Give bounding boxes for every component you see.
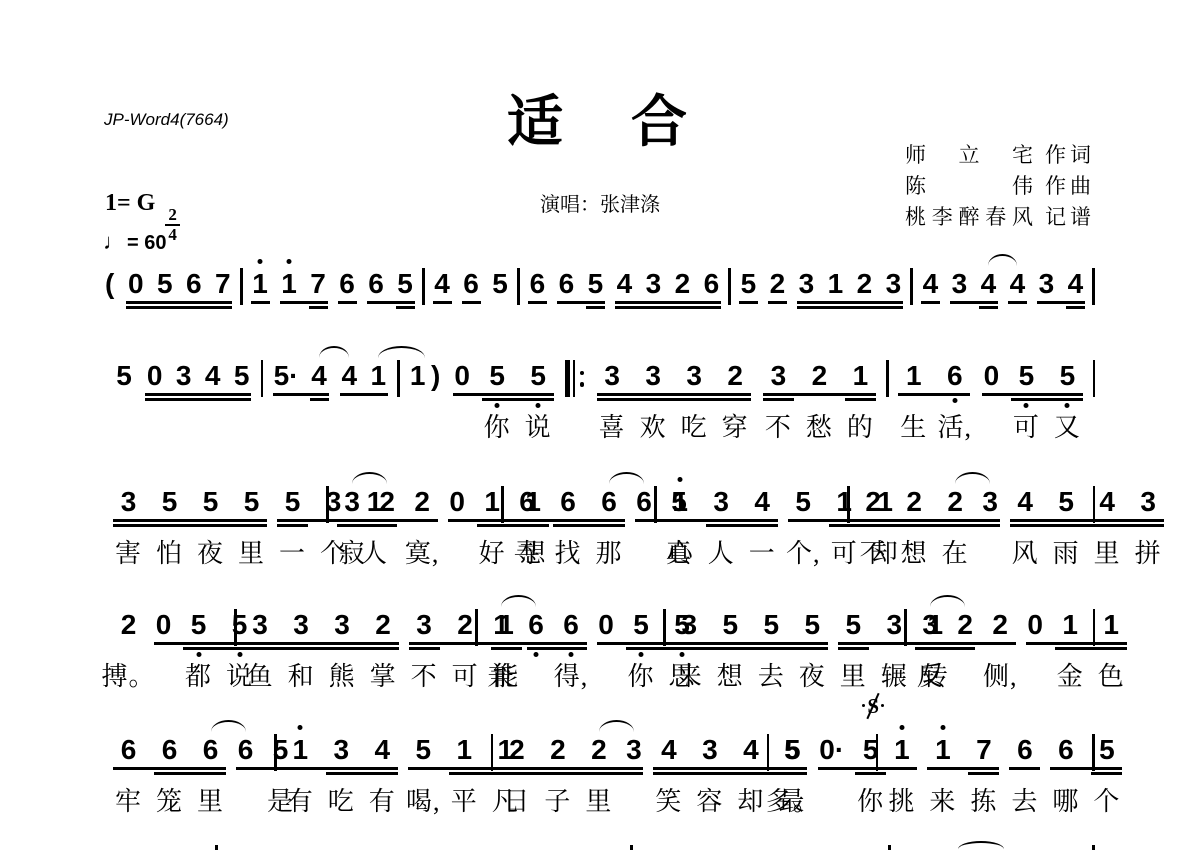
lyric-syllable: 怕 [156, 540, 183, 567]
note: 4 [341, 360, 358, 392]
note: 3 [625, 734, 642, 766]
note-group: 17 [275, 268, 333, 300]
note: 2穿 [721, 360, 750, 392]
beam-line [340, 393, 388, 396]
beam-line [768, 301, 787, 304]
beam-line [1026, 642, 1127, 645]
score: (05671176654656654326523123434434503455·… [0, 0, 1200, 850]
note: 5你 [483, 360, 512, 392]
lyric-syllable: 又 [1054, 414, 1081, 441]
measure: 1心3人4一5个,1可1却 [657, 486, 847, 518]
note: 1 [827, 268, 844, 300]
note: 2 [957, 609, 974, 641]
beam-line [113, 519, 267, 522]
lyric-syllable: 吃 [328, 788, 355, 815]
octave-dot-low [952, 398, 957, 403]
note-group: 34 [945, 268, 1003, 300]
note-group: 3来5想5去5夜 [669, 609, 833, 641]
note: 5都 [184, 609, 213, 641]
note: 1 ) [410, 360, 441, 392]
lyric-syllable: 来 [929, 788, 956, 815]
note: 4 [980, 268, 997, 300]
note: 5雨 [1052, 486, 1081, 518]
note-group: 0345 [140, 360, 256, 392]
note: 5说 [524, 360, 553, 392]
octave-dot-high [258, 259, 263, 264]
lyric-syllable: 搏。 [101, 663, 155, 690]
lyric-syllable: 你 [628, 663, 655, 690]
lyric-syllable: 熊 [329, 663, 356, 690]
note: 5可 [1012, 360, 1041, 392]
beam-line [113, 767, 226, 770]
beam-line [739, 301, 758, 304]
note: 4里 [1093, 486, 1122, 518]
note: 3人 [707, 486, 736, 518]
measure: 3寂22寞,01好1想 [329, 486, 501, 518]
note: 2子 [543, 734, 572, 766]
beam-line [597, 398, 751, 401]
note: 2日 [502, 734, 531, 766]
note-group: 01金1色 [1021, 609, 1132, 641]
note: 3辗 [880, 609, 909, 641]
lyric-syllable: 里 [197, 788, 224, 815]
lyric-syllable: 笑 [655, 788, 682, 815]
lyric-syllable: 色 [1098, 663, 1125, 690]
measure: 117665 [243, 268, 423, 300]
lyric-syllable: 雨 [1053, 540, 1080, 567]
note: 6 [368, 268, 385, 300]
note: 1的 [846, 360, 875, 392]
measure: S1挑1来7拣6去6哪5个 [878, 734, 1092, 766]
lyric-syllable: 寻 [514, 540, 541, 567]
measure: 1兼66得,05你5思 [478, 609, 664, 641]
note-group: 1 ) [404, 360, 447, 392]
note: 5想 [716, 609, 745, 641]
note: 4 [311, 360, 328, 392]
note: 6牢 [114, 734, 143, 766]
beam-line [453, 393, 554, 396]
octave-dot-high [678, 477, 683, 482]
note: 2 [856, 268, 873, 300]
note-group: 3123 [792, 268, 908, 300]
measure: 50345 [105, 360, 261, 392]
lyric-syllable: 有 [287, 788, 314, 815]
note: 2可 [451, 609, 480, 641]
note: 3害 [114, 486, 143, 518]
measure: 3反22侧,01金1色 [907, 609, 1093, 641]
lyric-syllable: 个, [786, 540, 821, 567]
octave-dot-high [298, 725, 303, 730]
repeat-thin-bar [573, 360, 575, 397]
note: 2不 [859, 486, 888, 518]
octave-dot-low [680, 652, 685, 657]
note: 7 [310, 268, 327, 300]
beam-line [527, 647, 587, 650]
tie-arc [609, 472, 644, 485]
beam-line [528, 301, 547, 304]
lyric-syllable: 都 [185, 663, 212, 690]
note: 6 [528, 609, 545, 641]
octave-dot-low [237, 652, 242, 657]
lyric-syllable: 去 [1011, 788, 1038, 815]
lyric-syllable: 找 [555, 540, 582, 567]
note: 5你 [627, 609, 656, 641]
measure: 2不2想2在34风5雨4里3拼 [850, 486, 1093, 518]
note: 3 [175, 360, 192, 392]
note-group: 6寻6找6那 [507, 486, 630, 518]
lyric-syllable: 去 [758, 663, 785, 690]
note: 5夜 [196, 486, 225, 518]
note: 5里 [839, 609, 868, 641]
note-group: 05你5说 [448, 360, 559, 392]
note: 6 [529, 268, 546, 300]
beam-line [113, 524, 267, 527]
note: 6里 [196, 734, 225, 766]
repeat-begin-sign [565, 360, 585, 397]
note: 7拣 [969, 734, 998, 766]
note: 0 [598, 609, 615, 641]
repeat-thick-bar [565, 360, 570, 397]
beam-line [154, 642, 255, 645]
lyric-syllable: 容 [696, 788, 723, 815]
note: 6活, [940, 360, 969, 392]
next-line-cutoff [630, 845, 633, 850]
lyric-syllable: 牢 [115, 788, 142, 815]
note: 6那 [595, 486, 624, 518]
measure: 2搏。05都5说 [105, 609, 234, 641]
beam-line [653, 767, 807, 770]
note: 0 [1027, 609, 1044, 641]
note-group: 3害5怕5夜5里 [108, 486, 272, 518]
beam-line [845, 398, 876, 401]
measure: 3鱼3和3熊2掌3不2可1能 [237, 609, 475, 641]
note: 3鱼 [246, 609, 275, 641]
note: 0 [449, 486, 466, 518]
lyric-syllable: 可 [452, 663, 479, 690]
beam-line [818, 767, 886, 770]
score-system: (05671176654656654326523123434434 [105, 268, 1095, 368]
note: 2 [769, 268, 786, 300]
note-group: 6牢6笼6里 [108, 734, 231, 766]
note: 3 [1038, 268, 1055, 300]
beam-line [665, 519, 778, 522]
score-system: 503455·4411 )05你5说3喜3欢3吃2穿3不2愁1的1生6活,05可… [105, 360, 1095, 460]
beam-line [968, 772, 999, 775]
note-group: 65 [552, 268, 610, 300]
note: 5 [116, 360, 133, 392]
tie-arc [988, 254, 1017, 267]
measure: 1有3吃4有5喝,1平1凡 [277, 734, 491, 766]
lyric-syllable: 拣 [970, 788, 997, 815]
note-group: 4 [428, 268, 457, 300]
note: 0 [983, 360, 1000, 392]
lyric-syllable: 在 [942, 540, 969, 567]
note: 1平 [450, 734, 479, 766]
note: 5里 [237, 486, 266, 518]
lyric-syllable: 说 [525, 414, 552, 441]
lyric-syllable: 人 [708, 540, 735, 567]
lyric-syllable: 笼 [156, 788, 183, 815]
note: 1金 [1056, 609, 1085, 641]
tie-arc [211, 720, 246, 733]
note: 6寻 [513, 486, 542, 518]
beam-line [277, 524, 308, 527]
note-group: 2搏。 [108, 609, 149, 641]
tie-arc [599, 720, 634, 733]
repeat-dots [580, 371, 585, 387]
note: 0 [454, 360, 471, 392]
beam-line [1010, 519, 1164, 522]
lyric-syllable: 辗 [881, 663, 908, 690]
lyric-syllable: 却 [737, 788, 764, 815]
beam-line [512, 519, 625, 522]
beam-line [1037, 301, 1085, 304]
note-group: 5 [734, 268, 763, 300]
lyric-syllable: 挑 [888, 788, 915, 815]
note: 5 [156, 268, 173, 300]
note: 3吃 [327, 734, 356, 766]
note: 5 [233, 360, 250, 392]
lyric-syllable: 里 [1094, 540, 1121, 567]
note-group: 34 [1032, 268, 1090, 300]
octave-dot-low [1065, 403, 1070, 408]
beam-line [886, 767, 917, 770]
note: 1 [281, 268, 298, 300]
beam-line [1066, 306, 1085, 309]
segno-icon: S [864, 694, 882, 720]
note: 4 [922, 268, 939, 300]
note-group: 5·4 [268, 360, 334, 392]
lyric-syllable: 一 [749, 540, 776, 567]
beam-line [338, 301, 357, 304]
beam-line [396, 306, 415, 309]
beam-line [433, 301, 452, 304]
measure: 6654326 [520, 268, 728, 300]
next-line-cutoff [215, 845, 218, 850]
beam-line [653, 772, 807, 775]
beam-line [273, 393, 329, 396]
note: 1有 [286, 734, 315, 766]
note: 2愁 [805, 360, 834, 392]
measure: 2日2子2里34笑3容4却5最 [493, 734, 766, 766]
octave-dot-low [495, 403, 500, 408]
beam-line [409, 647, 440, 650]
note: 3寂 [338, 486, 367, 518]
beam-line [915, 647, 975, 650]
beam-line [797, 301, 903, 304]
note: 0 [146, 360, 163, 392]
beam-line [126, 301, 232, 304]
lyric-syllable: 个 [1093, 788, 1120, 815]
note: 5一 [278, 486, 307, 518]
note: 3不 [410, 609, 439, 641]
lyric-syllable: 你 [484, 414, 511, 441]
note-group: 6 [457, 268, 486, 300]
note: 2掌 [369, 609, 398, 641]
lyric-syllable: 欢 [640, 414, 667, 441]
note: 3熊 [328, 609, 357, 641]
beam-line [557, 301, 605, 304]
beam-line [1055, 647, 1127, 650]
lyric-syllable: 鱼 [247, 663, 274, 690]
open-paren: ( [105, 268, 114, 300]
beam-line [462, 301, 481, 304]
beam-line [921, 301, 940, 304]
note: 5又 [1053, 360, 1082, 392]
note: 1 [252, 268, 269, 300]
beam-line [501, 767, 643, 770]
beam-line [855, 772, 886, 775]
note-group: 05可5又 [977, 360, 1088, 392]
note: 5个 [1092, 734, 1121, 766]
tie-arc [930, 595, 965, 608]
note-group: 2日2子2里3 [496, 734, 648, 766]
note: 1兼 [487, 609, 516, 641]
note: 5个, [789, 486, 818, 518]
note: 3吃 [680, 360, 709, 392]
lyric-syllable: 你 [857, 788, 884, 815]
note: 3喜 [598, 360, 627, 392]
note: 6哪 [1051, 734, 1080, 766]
lyric-syllable: 活, [938, 414, 973, 441]
lyric-syllable: 寂 [339, 540, 366, 567]
note: 6 [185, 268, 202, 300]
beam-line [1010, 524, 1164, 527]
note-group: 5 [110, 360, 139, 392]
lyric-syllable: 里 [840, 663, 867, 690]
note: 2在 [941, 486, 970, 518]
lyric-syllable: 平 [451, 788, 478, 815]
measure: 523123 [731, 268, 911, 300]
lyric-syllable: 里 [585, 788, 612, 815]
octave-dot-low [196, 652, 201, 657]
lyric-syllable: 吃 [681, 414, 708, 441]
beam-line [1091, 772, 1122, 775]
note: 3容 [695, 734, 724, 766]
note-group: 1生6活, [893, 360, 975, 392]
lyric-syllable: 可 [831, 540, 858, 567]
measure: 0567 [118, 268, 240, 300]
note: 2侧, [986, 609, 1015, 641]
measure: 6寻6找6那65真 [504, 486, 655, 518]
note: 0· [819, 734, 844, 766]
lyric-syllable: 侧, [983, 663, 1018, 690]
lyric-syllable: 日 [503, 788, 530, 815]
note-group: 1心3人4一 [660, 486, 783, 518]
beam-line [674, 647, 828, 650]
beam-line [126, 306, 232, 309]
note: 6笼 [155, 734, 184, 766]
lyric-syllable: 生 [900, 414, 927, 441]
note: 2 [674, 268, 691, 300]
lyric-syllable: 子 [544, 788, 571, 815]
beam-line [309, 306, 328, 309]
next-line-cutoff [958, 841, 1004, 850]
note: 1挑 [887, 734, 916, 766]
note-group: 3不2愁1的 [758, 360, 881, 392]
measure: 5多。0·5你 [769, 734, 876, 766]
note: 6 [703, 268, 720, 300]
lyric-syllable: 不 [765, 414, 792, 441]
lyric-syllable: 兼 [488, 663, 515, 690]
note: 3反 [916, 609, 945, 641]
beam-line [553, 524, 625, 527]
score-system: 3害5怕5夜5里5一3个1人3寂22寞,01好1想6寻6找6那65真1心3人4一… [105, 486, 1095, 586]
beam-line [674, 642, 828, 645]
note: 2里 [584, 734, 613, 766]
measure: 1生6活,05可5又 [889, 360, 1093, 392]
beam-line [280, 301, 328, 304]
octave-dot-high [940, 725, 945, 730]
note: 4 [616, 268, 633, 300]
note: 5 [587, 268, 604, 300]
note: 6 [463, 268, 480, 300]
octave-dot-low [1024, 403, 1029, 408]
note: 3 [798, 268, 815, 300]
note: 4 [1009, 268, 1026, 300]
note: 2寞, [408, 486, 437, 518]
note: 3 [645, 268, 662, 300]
lyric-syllable: 夜 [799, 663, 826, 690]
beam-line [251, 301, 270, 304]
note-group: 65 [362, 268, 420, 300]
beam-line [477, 524, 549, 527]
measure: 5·441 [263, 360, 397, 392]
note: 6去 [1010, 734, 1039, 766]
measure: 465 [425, 268, 518, 300]
measure: 3害5怕5夜5里5一3个1人 [105, 486, 326, 518]
note: 4却 [736, 734, 765, 766]
octave-dot-low [639, 652, 644, 657]
lyric-syllable: 来 [676, 663, 703, 690]
note: 5 [740, 268, 757, 300]
note-group: 4 [1003, 268, 1032, 300]
note: 5 [397, 268, 414, 300]
sheet-page: { "page": {"background": "#ffffff", "ink… [0, 0, 1200, 850]
note-group: 4326 [610, 268, 726, 300]
note: 0 [155, 609, 172, 641]
beam-line [706, 524, 778, 527]
note-group: 3喜3欢3吃2穿 [592, 360, 756, 392]
octave-dot-low [569, 652, 574, 657]
beam-line [950, 301, 998, 304]
note: 6 [558, 268, 575, 300]
beam-line [858, 524, 1000, 527]
next-line-cutoff [1092, 845, 1095, 850]
note: 4有 [368, 734, 397, 766]
beam-line [337, 524, 397, 527]
beam-line [586, 306, 605, 309]
next-line-cutoff [888, 845, 891, 850]
note-group: 1来7拣 [922, 734, 1004, 766]
note-group: 6 [333, 268, 362, 300]
note: 1色 [1097, 609, 1126, 641]
octave-dot-high [899, 725, 904, 730]
barline [1092, 268, 1095, 305]
note: 4风 [1011, 486, 1040, 518]
note: 4 [204, 360, 221, 392]
octave-dot-low [534, 652, 539, 657]
note: 1生 [899, 360, 928, 392]
beam-line [491, 647, 522, 650]
note-group: 1有3吃4有 [280, 734, 403, 766]
beam-line [482, 398, 554, 401]
note-group: 1 [246, 268, 275, 300]
note: 4笑 [654, 734, 683, 766]
measure: 3来5想5去5夜5里3辗1转 [666, 609, 904, 641]
note-group: 6 [523, 268, 552, 300]
lyric-syllable: 穿 [722, 414, 749, 441]
